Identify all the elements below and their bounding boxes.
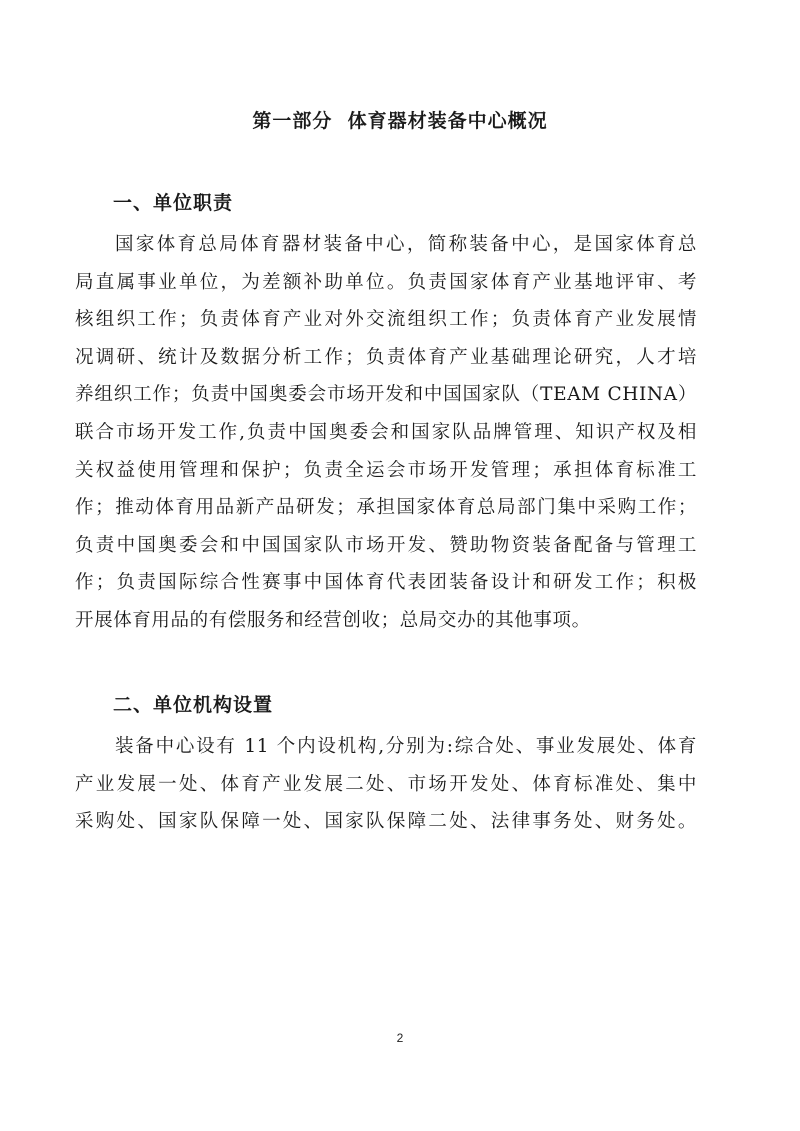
text-line: 产业发展一处、体育产业发展二处、市场开发处、体育标准处、集中 — [75, 766, 697, 804]
text-line: 况调研、统计及数据分析工作；负责体育产业基础理论研究，人才培 — [75, 339, 697, 377]
section-heading-responsibilities: 一、单位职责 — [113, 188, 233, 215]
text-line: 核组织工作；负责体育产业对外交流组织工作；负责体育产业发展情 — [75, 301, 697, 339]
paragraph-organization: 装备中心设有 11 个内设机构,分别为:综合处、事业发展处、体育 产业发展一处、… — [75, 728, 697, 841]
text-line: 关权益使用管理和保护；负责全运会市场开发管理；承担体育标准工 — [75, 452, 697, 490]
document-page: 第一部分 体育器材装备中心概况 一、单位职责 国家体育总局体育器材装备中心，简称… — [0, 0, 800, 1131]
section-heading-organization: 二、单位机构设置 — [113, 690, 273, 717]
text-line: 采购处、国家队保障一处、国家队保障二处、法律事务处、财务处。 — [75, 803, 697, 841]
text-line: 国家体育总局体育器材装备中心，简称装备中心，是国家体育总 — [75, 226, 697, 264]
page-number: 2 — [0, 1031, 800, 1045]
text-line: 开展体育用品的有偿服务和经营创收；总局交办的其他事项。 — [75, 602, 697, 640]
text-line: 作；推动体育用品新产品研发；承担国家体育总局部门集中采购工作； — [75, 489, 697, 527]
text-line: 局直属事业单位，为差额补助单位。负责国家体育产业基地评审、考 — [75, 264, 697, 302]
paragraph-responsibilities: 国家体育总局体育器材装备中心，简称装备中心，是国家体育总 局直属事业单位，为差额… — [75, 226, 697, 640]
text-line: 负责中国奥委会和中国国家队市场开发、赞助物资装备配备与管理工 — [75, 527, 697, 565]
text-line: 装备中心设有 11 个内设机构,分别为:综合处、事业发展处、体育 — [75, 728, 697, 766]
page-title: 第一部分 体育器材装备中心概况 — [0, 106, 800, 133]
text-line: 联合市场开发工作,负责中国奥委会和国家队品牌管理、知识产权及相 — [75, 414, 697, 452]
text-line: 作；负责国际综合性赛事中国体育代表团装备设计和研发工作；积极 — [75, 564, 697, 602]
text-line: 养组织工作；负责中国奥委会市场开发和中国国家队（TEAM CHINA） — [75, 376, 697, 414]
